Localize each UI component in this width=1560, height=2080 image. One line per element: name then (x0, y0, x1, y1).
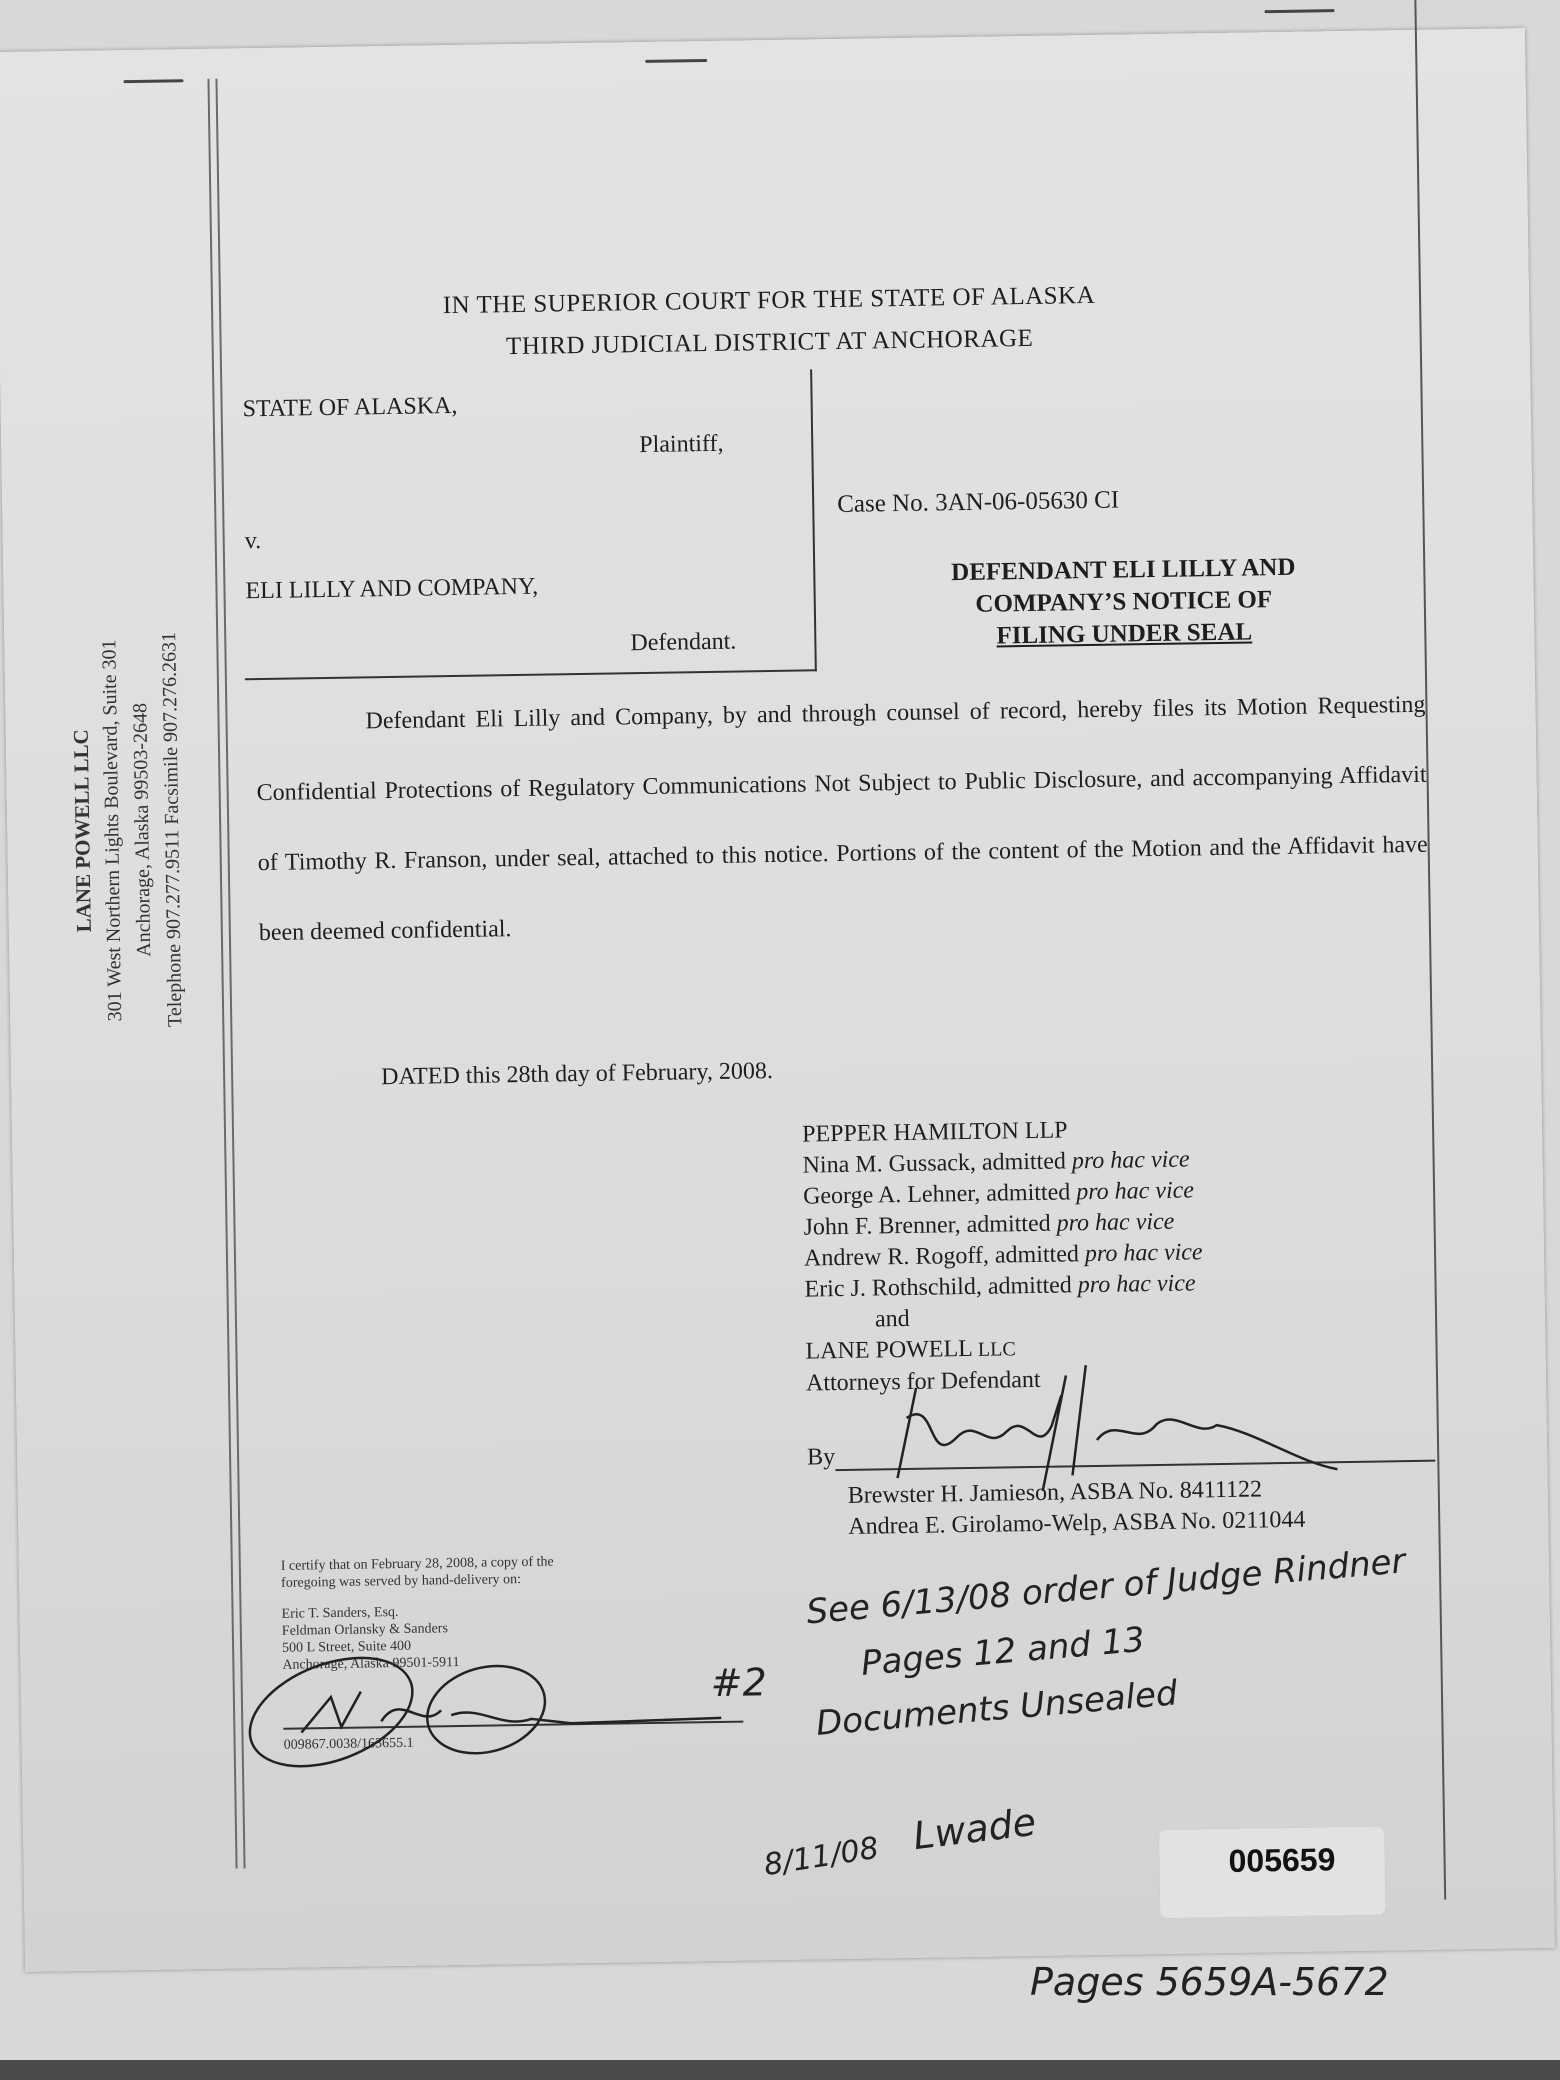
by-label: By (807, 1444, 835, 1470)
case-caption-box: STATE OF ALASKA, Plaintiff, v. ELI LILLY… (240, 369, 817, 680)
plaintiff-role: Plaintiff, (639, 431, 724, 459)
handwritten-unseal-note: See 6/13/08 order of Judge Rindner Pages… (804, 1533, 1417, 1752)
document-title: DEFENDANT ELI LILLY AND COMPANY’S NOTICE… (883, 551, 1364, 655)
cert-signature (240, 1645, 762, 1793)
signers-list: Brewster H. Jamieson, ASBA No. 8411122 A… (848, 1474, 1306, 1543)
handwritten-page-range: Pages 5659A-5672 (1030, 1960, 1389, 2004)
dated-line: DATED this 28th day of February, 2008. (381, 1058, 773, 1091)
case-number: Case No. 3AN-06-05630 CI (837, 487, 1119, 519)
bates-number: 005659 (1228, 1841, 1335, 1880)
defendant-role: Defendant. (630, 629, 736, 658)
law-firm-sidebar: LANE POWELL LLC 301 West Northern Lights… (63, 568, 241, 1091)
court-heading: IN THE SUPERIOR COURT FOR THE STATE OF A… (319, 273, 1220, 371)
staple-mark (645, 59, 707, 63)
versus-label: v. (245, 528, 262, 555)
title-line-3: FILING UNDER SEAL (884, 615, 1364, 655)
signer-girolamo-welp: Andrea E. Girolamo-Welp, ASBA No. 021104… (848, 1505, 1306, 1543)
handwritten-initials: Lwade (911, 1800, 1038, 1858)
staple-mark (123, 79, 183, 83)
handwritten-date: 8/11/08 (761, 1831, 881, 1883)
document-page: LANE POWELL LLC 301 West Northern Lights… (0, 28, 1555, 1972)
notice-body: Defendant Eli Lilly and Company, by and … (255, 670, 1429, 968)
defendant-name: ELI LILLY AND COMPANY, (245, 574, 538, 606)
plaintiff-name: STATE OF ALASKA, (242, 393, 457, 423)
handwritten-exhibit-tag: #2 (710, 1660, 767, 1705)
